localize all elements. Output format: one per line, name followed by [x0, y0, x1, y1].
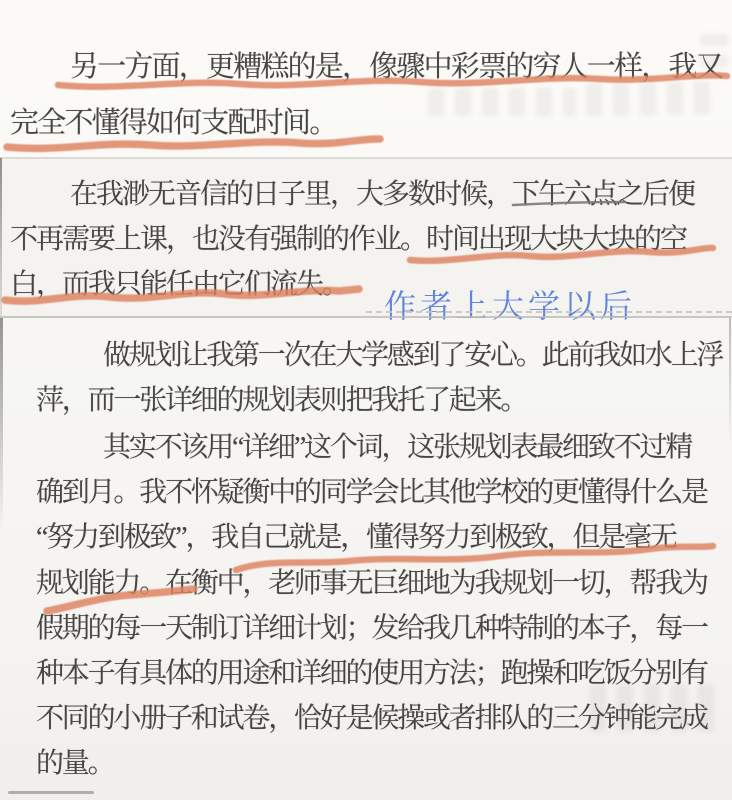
text-line: 做规划让我第一次在大学感到了安心。此前我如水上浮: [103, 333, 722, 373]
page-section-bottom: 做规划让我第一次在大学感到了安心。此前我如水上浮 萍，而一张详细的规划表则把我托…: [0, 318, 732, 800]
text-line: 萍，而一张详细的规划表则把我托了起来。: [36, 378, 526, 418]
text-line: 不再需要上课，也没有强制的作业。时间出现大块大块的空: [10, 217, 686, 257]
text-line: 在我渺无音信的日子里，大多数时候，下午六点之后便: [70, 172, 694, 212]
text-line: 假期的每一天制订详细计划；发给我几种特制的本子，每一: [36, 606, 707, 646]
book-page-photo: 另一方面，更糟糕的是，像骤中彩票的穷人一样，我又 完全不懂得如何支配时间。 在我…: [0, 0, 732, 800]
text-line: “努力到极致”，我自己就是，懂得努力到极致，但是毫无: [36, 515, 676, 555]
text-line: 其实不该用“详细”这个词，这张规划表最细致不过精: [103, 425, 691, 465]
text-line: 另一方面，更糟糕的是，像骤中彩票的穷人一样，我又: [70, 44, 723, 85]
text-line: 完全不懂得如何支配时间。: [10, 100, 336, 141]
bleed-through-artifact: [428, 88, 576, 116]
bleed-through-artifact: [586, 81, 713, 116]
text-line: 确到月。我不怀疑衡中的同学会比其他学校的更懂得什么是: [36, 470, 707, 510]
text-line: 规划能力。在衡中，老师事无巨细地为我规划一切，帮我为: [36, 561, 707, 601]
bleed-through-artifact: [700, 34, 728, 76]
page-section-top: 另一方面，更糟糕的是，像骤中彩票的穷人一样，我又 完全不懂得如何支配时间。: [0, 0, 732, 158]
text-line: 白，而我只能任由它们流失。: [10, 262, 348, 302]
bleed-through-artifact: [590, 684, 725, 732]
text-line: 的量。: [36, 741, 113, 781]
handwritten-note: 作者上大学以后: [384, 281, 636, 327]
